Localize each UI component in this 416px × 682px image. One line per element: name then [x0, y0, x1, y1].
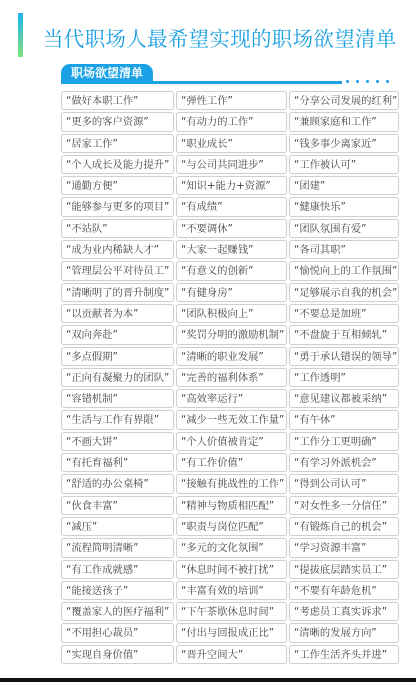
wish-cell: “有健身房”	[176, 283, 287, 302]
wish-cell: “有意义的创新”	[176, 261, 287, 280]
wish-cell: “得到公司认可”	[289, 474, 399, 493]
wish-cell: “晋升空间大”	[176, 645, 287, 664]
wish-cell: “不要调休”	[176, 219, 287, 238]
section-underline	[61, 81, 342, 84]
dot-icon	[376, 80, 379, 83]
wish-cell: “工作被认可”	[289, 155, 399, 174]
wish-cell: “居家工作”	[61, 134, 174, 153]
wish-cell: “清晰的发展方向”	[289, 623, 399, 642]
wish-cell: “休息时间不被打扰”	[176, 560, 287, 579]
decorative-dots	[346, 80, 389, 83]
dot-icon	[386, 80, 389, 83]
wish-cell: “团建”	[289, 176, 399, 195]
wish-cell: “团队积极向上”	[176, 304, 287, 323]
wish-cell: “不要有年龄危机”	[289, 581, 399, 600]
wish-cell: “个人成长及能力提升”	[61, 155, 174, 174]
wish-cell: “减压”	[61, 517, 174, 536]
wish-cell: “管理层公平对待员工”	[61, 261, 174, 280]
wish-cell: “勇于承认错误的领导”	[289, 347, 399, 366]
wish-cell: “清晰明了的晋升制度”	[61, 283, 174, 302]
wish-cell: “不站队”	[61, 219, 174, 238]
wish-cell: “工作透明”	[289, 368, 399, 387]
wish-cell: “高效率运行”	[176, 389, 287, 408]
wish-cell: “愉悦向上的工作氛围”	[289, 261, 399, 280]
wish-cell: “多点假期”	[61, 347, 174, 366]
wish-cell: “工作生活齐头并进”	[289, 645, 399, 664]
wish-cell: “各司其职”	[289, 240, 399, 259]
wish-cell: “丰富有效的培训”	[176, 581, 287, 600]
wish-list-grid: “做好本职工作”“弹性工作”“分享公司发展的红利”“更多的客户资源”“有动力的工…	[60, 90, 400, 665]
wish-cell: “有工作成就感”	[61, 560, 174, 579]
wish-cell: “有成绩”	[176, 197, 287, 216]
wish-cell: “与公司共同进步”	[176, 155, 287, 174]
wish-cell: “更多的客户资源”	[61, 112, 174, 131]
wish-cell: “有锻炼自己的机会”	[289, 517, 399, 536]
wish-cell: “意见建议都被采纳”	[289, 389, 399, 408]
wish-cell: “做好本职工作”	[61, 91, 174, 110]
wish-cell: “容错机制”	[61, 389, 174, 408]
wish-cell: “清晰的职业发展”	[176, 347, 287, 366]
wish-cell: “奖罚分明的激励机制”	[176, 325, 287, 344]
wish-cell: “钱多事少离家近”	[289, 134, 399, 153]
wish-cell: “能够参与更多的项目”	[61, 197, 174, 216]
wish-cell: “不画大饼”	[61, 432, 174, 451]
wish-cell: “不要总是加班”	[289, 304, 399, 323]
bottom-border	[0, 678, 416, 682]
wish-cell: “分享公司发展的红利”	[289, 91, 399, 110]
wish-cell: “付出与回报成正比”	[176, 623, 287, 642]
wish-cell: “职责与岗位匹配”	[176, 517, 287, 536]
wish-cell: “流程简明清晰”	[61, 538, 174, 557]
section-tab: 职场欲望清单	[61, 64, 153, 82]
wish-cell: “减少一些无效工作量”	[176, 410, 287, 429]
wish-cell: “下午茶歇休息时间”	[176, 602, 287, 621]
wish-cell: “有午休”	[289, 410, 399, 429]
wish-cell: “有动力的工作”	[176, 112, 287, 131]
wish-cell: “不用担心裁员”	[61, 623, 174, 642]
wish-cell: “有工作价值”	[176, 453, 287, 472]
wish-cell: “健康快乐”	[289, 197, 399, 216]
wish-cell: “覆盖家人的医疗福利”	[61, 602, 174, 621]
wish-cell: “考虑员工真实诉求”	[289, 602, 399, 621]
page-title: 当代职场人最希望实现的职场欲望清单	[43, 22, 397, 52]
wish-cell: “伙食丰富”	[61, 496, 174, 515]
wish-cell: “接触有挑战性的工作”	[176, 474, 287, 493]
wish-cell: “对女性多一分信任”	[289, 496, 399, 515]
wish-cell: “大家一起赚钱”	[176, 240, 287, 259]
wish-cell: “双向奔赴”	[61, 325, 174, 344]
wish-cell: “有学习外派机会”	[289, 453, 399, 472]
wish-cell: “正向有凝聚力的团队”	[61, 368, 174, 387]
wish-cell: “学习资源丰富”	[289, 538, 399, 557]
wish-cell: “能接送孩子”	[61, 581, 174, 600]
wish-cell: “通勤方便”	[61, 176, 174, 195]
wish-cell: “不盘旋于互相倾轧”	[289, 325, 399, 344]
wish-cell: “精神与物质相匹配”	[176, 496, 287, 515]
wish-cell: “有托育福利”	[61, 453, 174, 472]
wish-cell: “团队氛围有爱”	[289, 219, 399, 238]
wish-cell: “成为业内稀缺人才”	[61, 240, 174, 259]
dot-icon	[366, 80, 369, 83]
wish-cell: “多元的文化氛围”	[176, 538, 287, 557]
wish-cell: “弹性工作”	[176, 91, 287, 110]
wish-cell: “职业成长”	[176, 134, 287, 153]
wish-cell: “个人价值被肯定”	[176, 432, 287, 451]
wish-cell: “生活与工作有界限”	[61, 410, 174, 429]
wish-cell: “舒适的办公桌椅”	[61, 474, 174, 493]
wish-cell: “兼顾家庭和工作”	[289, 112, 399, 131]
wish-cell: “工作分工更明确”	[289, 432, 399, 451]
wish-cell: “提拔底层踏实员工”	[289, 560, 399, 579]
wish-cell: “完善的福利体系”	[176, 368, 287, 387]
wish-cell: “以贡献者为本”	[61, 304, 174, 323]
title-accent-bar	[18, 13, 23, 57]
wish-cell: “足够展示自我的机会”	[289, 283, 399, 302]
dot-icon	[346, 80, 349, 83]
wish-cell: “实现自身价值”	[61, 645, 174, 664]
wish-cell: “知识+能力+资源”	[176, 176, 287, 195]
dot-icon	[356, 80, 359, 83]
